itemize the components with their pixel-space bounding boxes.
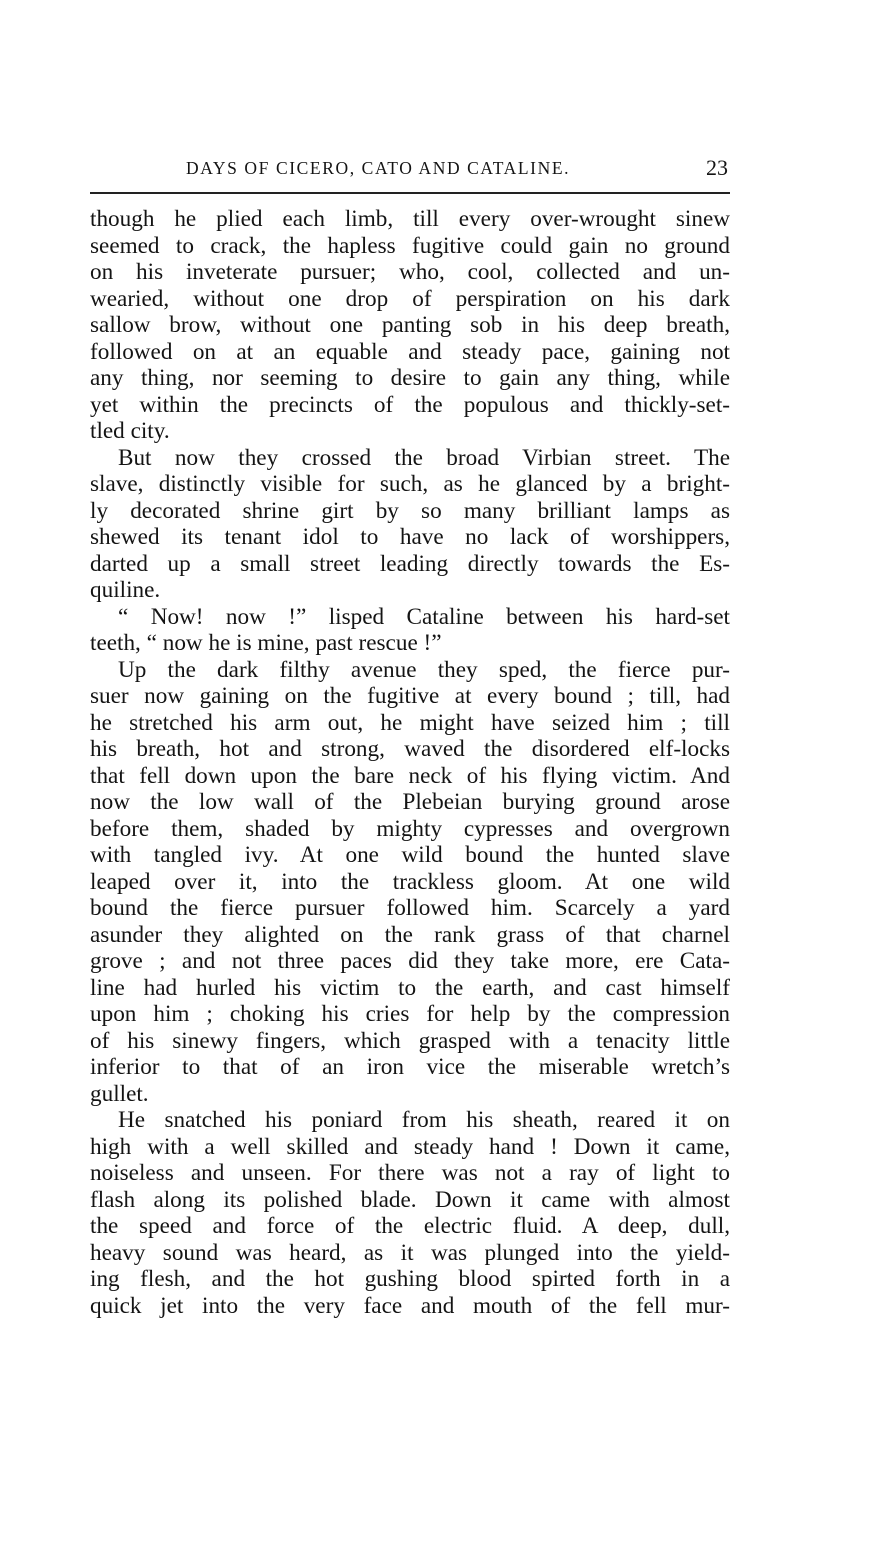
- text-line: flash along its polished blade. Down it …: [90, 1187, 730, 1214]
- text-line: his breath, hot and strong, waved the di…: [90, 736, 730, 763]
- text-line: leaped over it, into the trackless gloom…: [90, 869, 730, 896]
- text-line: with tangled ivy. At one wild bound the …: [90, 842, 730, 869]
- text-line: tled city.: [90, 418, 730, 445]
- text-line: yet within the precincts of the populous…: [90, 392, 730, 419]
- text-line: But now they crossed the broad Virbian s…: [90, 445, 730, 472]
- text-line: asunder they alighted on the rank grass …: [90, 922, 730, 949]
- text-line: wearied, without one drop of perspiratio…: [90, 286, 730, 313]
- text-line: followed on at an equable and steady pac…: [90, 339, 730, 366]
- text-line: sallow brow, without one panting sob in …: [90, 312, 730, 339]
- text-line: high with a well skilled and steady hand…: [90, 1134, 730, 1161]
- text-line: on his inveterate pursuer; who, cool, co…: [90, 259, 730, 286]
- text-line: quiline.: [90, 577, 730, 604]
- page-number: 23: [706, 155, 728, 181]
- text-line: bound the fierce pursuer followed him. S…: [90, 895, 730, 922]
- text-line: though he plied each limb, till every ov…: [90, 206, 730, 233]
- text-line: slave, distinctly visible for such, as h…: [90, 471, 730, 498]
- text-line: noiseless and unseen. For there was not …: [90, 1160, 730, 1187]
- text-line: “ Now! now !” lisped Cataline between hi…: [90, 604, 730, 631]
- text-line: suer now gaining on the fugitive at ever…: [90, 683, 730, 710]
- text-line: Up the dark filthy avenue they sped, the…: [90, 657, 730, 684]
- text-line: darted up a small street leading directl…: [90, 551, 730, 578]
- text-line: ing flesh, and the hot gushing blood spi…: [90, 1266, 730, 1293]
- text-line: teeth, “ now he is mine, past rescue !”: [90, 630, 730, 657]
- book-page: DAYS OF CICERO, CATO AND CATALINE. 23 th…: [0, 0, 896, 1550]
- page-header: DAYS OF CICERO, CATO AND CATALINE. 23: [90, 158, 730, 186]
- text-line: line had hurled his victim to the earth,…: [90, 975, 730, 1002]
- text-line: the speed and force of the electric flui…: [90, 1213, 730, 1240]
- text-line: that fell down upon the bare neck of his…: [90, 763, 730, 790]
- text-line: shewed its tenant idol to have no lack o…: [90, 524, 730, 551]
- text-line: He snatched his poniard from his sheath,…: [90, 1107, 730, 1134]
- text-line: now the low wall of the Plebeian burying…: [90, 789, 730, 816]
- text-line: he stretched his arm out, he might have …: [90, 710, 730, 737]
- text-line: any thing, nor seeming to desire to gain…: [90, 365, 730, 392]
- text-line: of his sinewy fingers, which grasped wit…: [90, 1028, 730, 1055]
- running-title: DAYS OF CICERO, CATO AND CATALINE.: [186, 158, 570, 179]
- text-line: heavy sound was heard, as it was plunged…: [90, 1240, 730, 1267]
- text-line: before them, shaded by mighty cypresses …: [90, 816, 730, 843]
- text-line: inferior to that of an iron vice the mis…: [90, 1054, 730, 1081]
- text-line: upon him ; choking his cries for help by…: [90, 1001, 730, 1028]
- body-text: though he plied each limb, till every ov…: [90, 206, 730, 1319]
- header-rule: [90, 192, 730, 194]
- text-line: seemed to crack, the hapless fugitive co…: [90, 233, 730, 260]
- text-line: ly decorated shrine girt by so many bril…: [90, 498, 730, 525]
- text-line: quick jet into the very face and mouth o…: [90, 1293, 730, 1320]
- text-line: grove ; and not three paces did they tak…: [90, 948, 730, 975]
- text-line: gullet.: [90, 1081, 730, 1108]
